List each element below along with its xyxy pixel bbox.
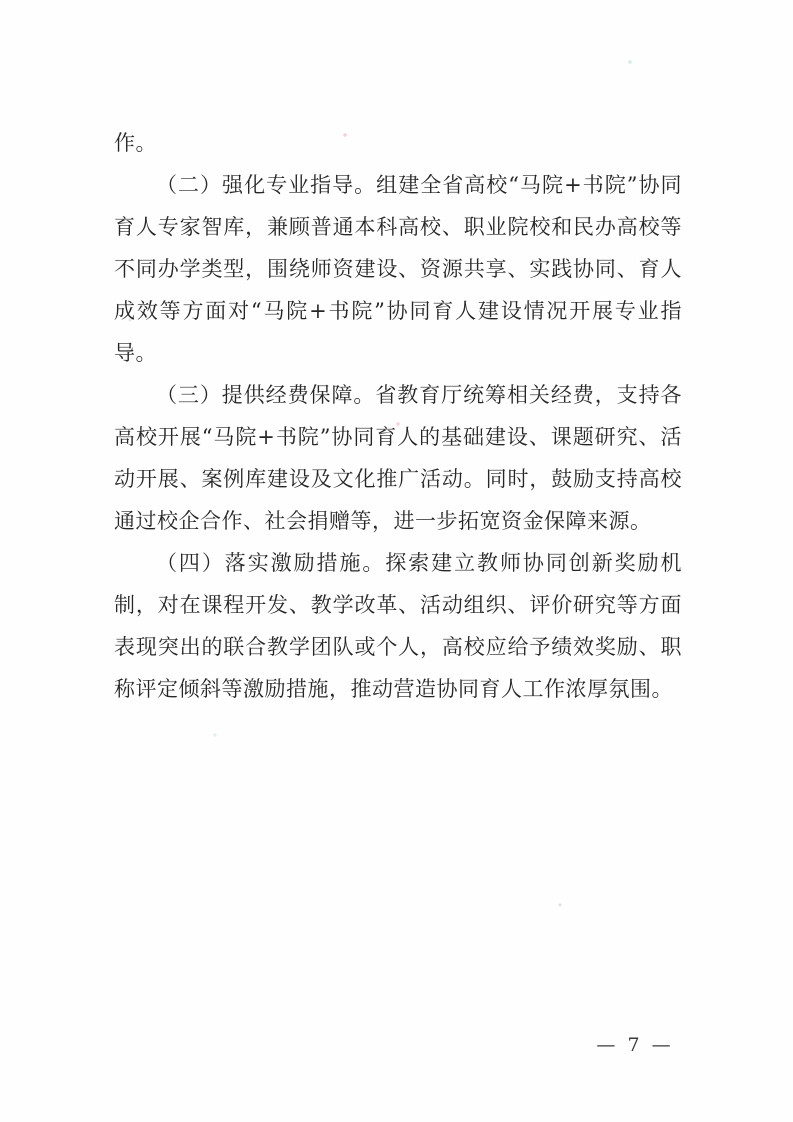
document-page: 作。 （二）强化专业指导。组建全省高校“马院+书院”协同育人专家智库，兼顾普通本…: [0, 0, 793, 1122]
paragraph-item-2-professional-guidance: （二）强化专业指导。组建全省高校“马院+书院”协同育人专家智库，兼顾普通本科高校…: [114, 164, 682, 374]
paragraph-continuation: 作。: [114, 122, 682, 164]
document-body: 作。 （二）强化专业指导。组建全省高校“马院+书院”协同育人专家智库，兼顾普通本…: [114, 122, 682, 710]
paragraph-item-3-funding-guarantee: （三）提供经费保障。省教育厅统筹相关经费，支持各高校开展“马院+书院”协同育人的…: [114, 374, 682, 542]
paragraph-item-4-incentive-measures: （四）落实激励措施。探索建立教师协同创新奖励机制，对在课程开发、教学改革、活动组…: [114, 542, 682, 710]
page-number: — 7 —: [565, 1034, 705, 1056]
